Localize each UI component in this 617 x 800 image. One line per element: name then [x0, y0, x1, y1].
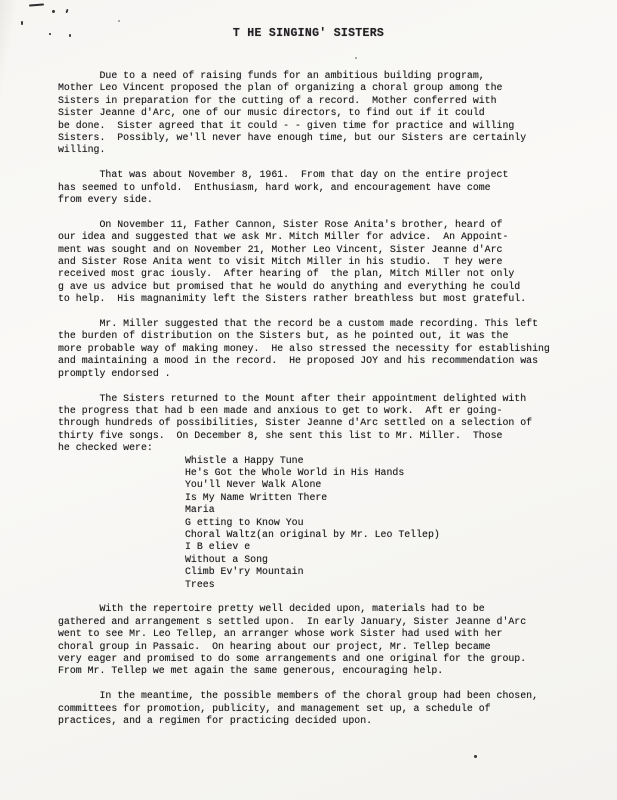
ink-speck: [118, 20, 120, 22]
paragraph-november-8: That was about November 8, 1961. From th…: [58, 169, 582, 206]
paragraph-fundraising: Due to a need of raising funds for an am…: [58, 70, 582, 157]
ink-speck: [355, 57, 357, 59]
paragraph-arrangements-tellep: With the repertoire pretty well decided …: [58, 603, 582, 677]
ink-speck: [52, 10, 55, 13]
paragraph-committees: In the meantime, the possible members of…: [58, 690, 582, 727]
document-body: Due to a need of raising funds for an am…: [58, 70, 582, 740]
paragraph-song-selection: The Sisters returned to the Mount after …: [58, 393, 582, 455]
page-title: T HE SINGING' SISTERS: [0, 0, 617, 40]
ink-speck: [21, 21, 23, 25]
ink-speck: [474, 755, 477, 758]
ink-speck: [49, 33, 51, 35]
song-list: Whistle a Happy Tune He's Got the Whole …: [185, 455, 582, 591]
paragraph-custom-recording: Mr. Miller suggested that the record be …: [58, 318, 582, 380]
paragraph-mitch-miller-visit: On November 11, Father Cannon, Sister Ro…: [58, 219, 582, 306]
document-page: T HE SINGING' SISTERS Due to a need of r…: [0, 0, 617, 800]
ink-speck: [69, 34, 71, 37]
